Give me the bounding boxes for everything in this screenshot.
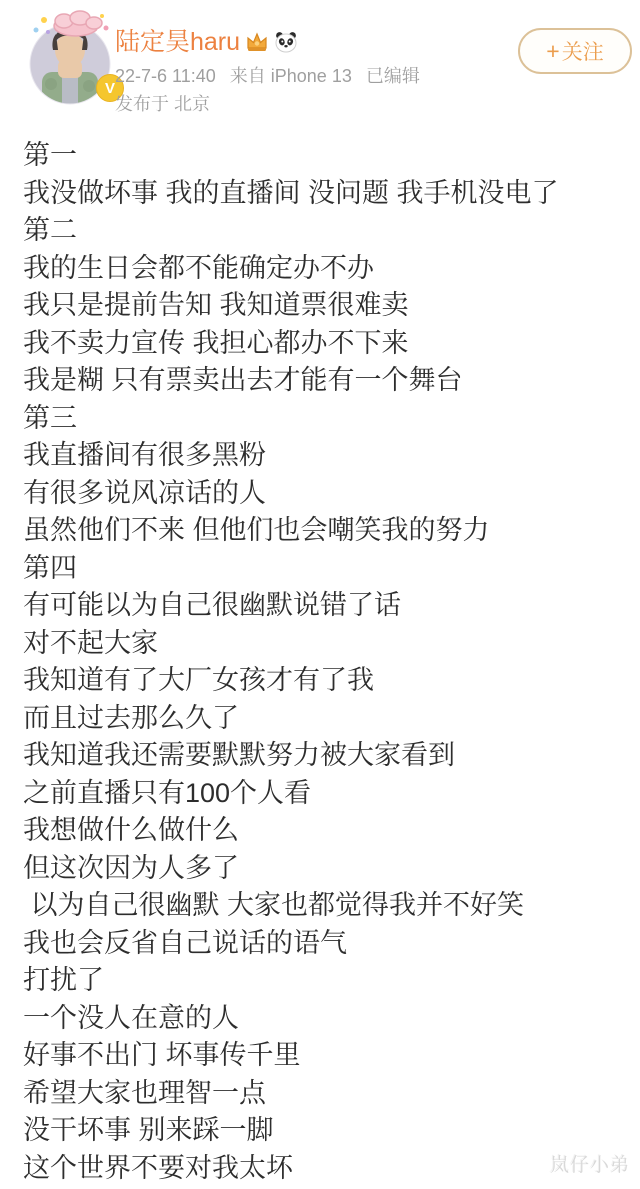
post-body: 第一 我没做坏事 我的直播间 没问题 我手机没电了 第二 我的生日会都不能确定办…	[23, 137, 629, 1187]
weibo-post-page: V 陆定昊haru 22-7-6 11:40 来自 i	[0, 0, 640, 1189]
body-line: 有可能以为自己很幽默说错了话	[23, 587, 629, 625]
body-line: 我也会反省自己说话的语气	[23, 925, 629, 963]
body-line: 我知道有了大厂女孩才有了我	[23, 662, 629, 700]
post-source: 来自 iPhone 13	[230, 66, 352, 86]
crown-badge-icon	[245, 30, 269, 54]
body-line: 我想做什么做什么	[23, 812, 629, 850]
follow-button[interactable]: + 关注	[518, 28, 632, 74]
body-line: 我只是提前告知 我知道票很难卖	[23, 287, 629, 325]
body-line: 打扰了	[23, 962, 629, 1000]
username[interactable]: 陆定昊haru	[115, 27, 240, 57]
avatar-hat-decoration	[34, 11, 109, 36]
body-line: 一个没人在意的人	[23, 1000, 629, 1038]
post-meta: 22-7-6 11:40 来自 iPhone 13 已编辑	[115, 64, 420, 88]
body-line: 第二	[23, 212, 629, 250]
plus-icon: +	[546, 40, 559, 63]
body-line: 我是糊 只有票卖出去才能有一个舞台	[23, 362, 629, 400]
body-line: 之前直播只有100个人看	[23, 775, 629, 813]
body-line: 我不卖力宣传 我担心都办不下来	[23, 325, 629, 363]
body-line: 但这次因为人多了	[23, 850, 629, 888]
body-line: 我的生日会都不能确定办不办	[23, 250, 629, 288]
body-line: 我直播间有很多黑粉	[23, 437, 629, 475]
body-line: 我知道我还需要默默努力被大家看到	[23, 737, 629, 775]
body-line: 第四	[23, 550, 629, 588]
body-line: 虽然他们不来 但他们也会嘲笑我的努力	[23, 512, 629, 550]
watermark: 岚仔小弟	[550, 1150, 630, 1177]
body-line: 有很多说风凉话的人	[23, 475, 629, 513]
post-location: 发布于 北京	[115, 92, 210, 116]
panda-icon	[274, 30, 298, 54]
body-line: 我没做坏事 我的直播间 没问题 我手机没电了	[23, 175, 629, 213]
edited-label: 已编辑	[366, 66, 420, 86]
avatar[interactable]: V	[18, 6, 122, 110]
body-line: 而且过去那么久了	[23, 700, 629, 738]
username-row: 陆定昊haru	[115, 27, 298, 57]
body-line: 没干坏事 别来踩一脚	[23, 1112, 629, 1150]
body-line: 这个世界不要对我太坏	[23, 1150, 629, 1188]
body-line: 以为自己很幽默 大家也都觉得我并不好笑	[23, 887, 629, 925]
follow-button-label: 关注	[562, 36, 604, 66]
body-line: 希望大家也理智一点	[23, 1075, 629, 1113]
post-time: 22-7-6 11:40	[115, 66, 216, 86]
body-line: 对不起大家	[23, 625, 629, 663]
body-line: 第三	[23, 400, 629, 438]
body-line: 好事不出门 坏事传千里	[23, 1037, 629, 1075]
body-line: 第一	[23, 137, 629, 175]
